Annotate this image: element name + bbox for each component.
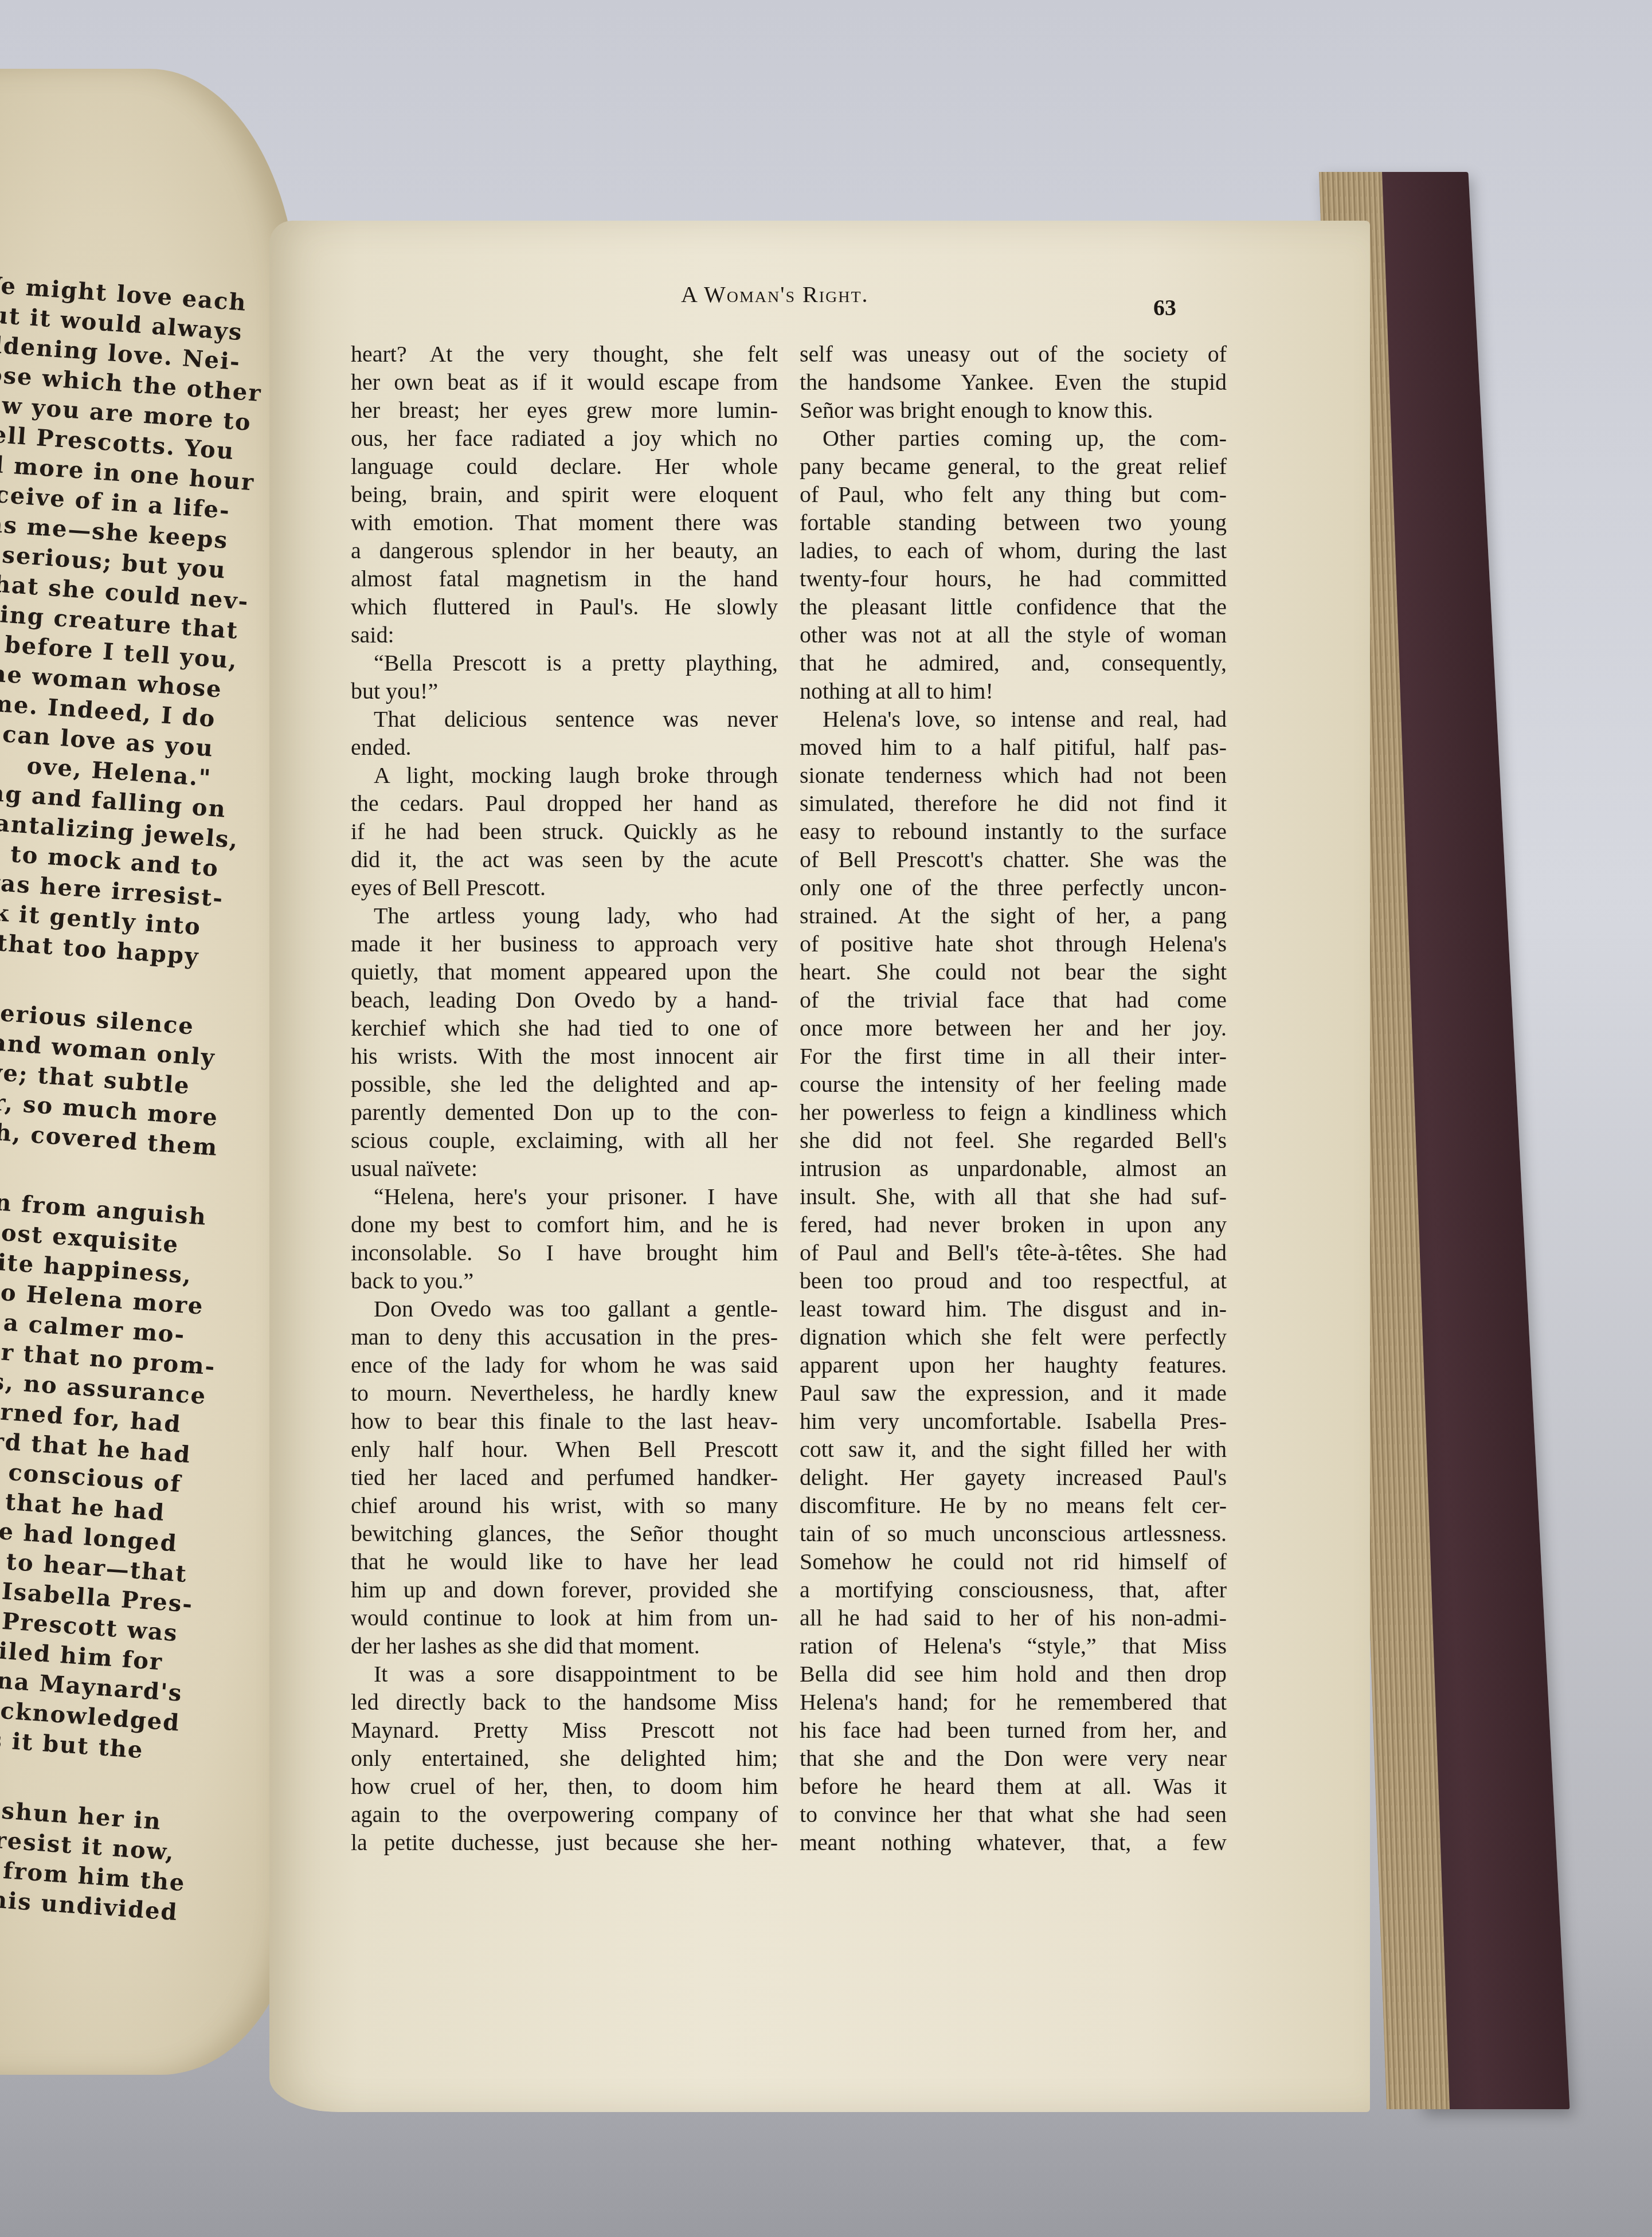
text-line: meant nothing whatever, that, a few [800, 1828, 1227, 1856]
text-line: him up and down forever, provided she [351, 1576, 778, 1604]
photo-scene: We might love eachbut it would alwaysdde… [0, 0, 1652, 2237]
text-line: “Helena, here's your prisoner. I have [351, 1182, 778, 1210]
text-line: Bella did see him hold and then drop [800, 1660, 1227, 1688]
text-line: course the intensity of her feeling made [800, 1070, 1227, 1098]
text-line: eyes of Bell Prescott. [351, 873, 778, 902]
text-line: quietly, that moment appeared upon the [351, 958, 778, 986]
text-line: that he would like to have her lead [351, 1548, 778, 1576]
text-line: before he heard them at all. Was it [800, 1772, 1227, 1800]
text-line: other was not at all the style of woman [800, 621, 1227, 649]
text-line: enly half hour. When Bell Prescott [351, 1435, 778, 1463]
text-line: the cedars. Paul dropped her hand as [351, 789, 778, 817]
text-line: language could declare. Her whole [351, 452, 778, 480]
text-line: to mourn. Nevertheless, he hardly knew [351, 1379, 778, 1407]
text-line: Don Ovedo was too gallant a gentle- [351, 1295, 778, 1323]
text-line: her powerless to feign a kindliness whic… [800, 1098, 1227, 1126]
text-line: Helena's love, so intense and real, had [800, 705, 1227, 733]
text-line: Somehow he could not rid himself of [800, 1548, 1227, 1576]
text-line: the handsome Yankee. Even the stupid [800, 368, 1227, 396]
text-line: moved him to a half pitiful, half pas- [800, 733, 1227, 761]
text-line: dignation which she felt were perfectly [800, 1323, 1227, 1351]
text-line: usual naïvete: [351, 1154, 778, 1182]
text-line: with emotion. That moment there was [351, 508, 778, 536]
text-line: strained. At the sight of her, a pang [800, 902, 1227, 930]
text-line: of positive hate shot through Helena's [800, 930, 1227, 958]
text-line: The artless young lady, who had [351, 902, 778, 930]
text-line: man to deny this accusation in the pres- [351, 1323, 778, 1351]
text-line: once more between her and her joy. [800, 1014, 1227, 1042]
text-line: been too proud and too respectful, at [800, 1267, 1227, 1295]
text-line: him very uncomfortable. Isabella Pres- [800, 1407, 1227, 1435]
text-line: ence of the lady for whom he was said [351, 1351, 778, 1379]
text-line: a dangerous splendor in her beauty, an [351, 536, 778, 565]
text-column-right: self was uneasy out of the society ofthe… [800, 340, 1227, 1856]
text-line: almost fatal magnetism in the hand [351, 565, 778, 593]
text-line: Paul saw the expression, and it made [800, 1379, 1227, 1407]
text-line: made it her business to approach very [351, 930, 778, 958]
text-line: did it, the act was seen by the acute [351, 845, 778, 873]
text-line: of Paul, who felt any thing but com- [800, 480, 1227, 508]
text-line: to convince her that what she had seen [800, 1800, 1227, 1828]
text-line: simulated, therefore he did not find it [800, 789, 1227, 817]
text-line: all he had said to her of his non-admi- [800, 1604, 1227, 1632]
text-line: ous, her face radiated a joy which no [351, 424, 778, 452]
text-line: her own beat as if it would escape from [351, 368, 778, 396]
text-line: kerchief which she had tied to one of [351, 1014, 778, 1042]
text-line: delight. Her gayety increased Paul's [800, 1463, 1227, 1491]
text-line: Other parties coming up, the com- [800, 424, 1227, 452]
text-line: a mortifying consciousness, that, after [800, 1576, 1227, 1604]
text-line: she did not feel. She regarded Bell's [800, 1126, 1227, 1154]
text-line: least toward him. The disgust and in- [800, 1295, 1227, 1323]
text-line: der her lashes as she did that moment. [351, 1632, 778, 1660]
text-line: that he admired, and, consequently, [800, 649, 1227, 677]
text-line: It was a sore disappointment to be [351, 1660, 778, 1688]
text-line: back to you.” [351, 1267, 778, 1295]
text-line: her breast; her eyes grew more lumin- [351, 396, 778, 424]
text-line: beach, leading Don Ovedo by a hand- [351, 986, 778, 1014]
text-line: bewitching glances, the Señor thought [351, 1519, 778, 1548]
text-line: For the first time in all their inter- [800, 1042, 1227, 1070]
text-line: fortable standing between two young [800, 508, 1227, 536]
text-line: if he had been struck. Quickly as he [351, 817, 778, 845]
text-line: fered, had never broken in upon any [800, 1210, 1227, 1239]
text-line: that she and the Don were very near [800, 1744, 1227, 1772]
text-line: self was uneasy out of the society of [800, 340, 1227, 368]
text-line: insult. She, with all that she had suf- [800, 1182, 1227, 1210]
text-line: but you!” [351, 677, 778, 705]
text-line: only entertained, she delighted him; [351, 1744, 778, 1772]
text-line: which fluttered in Paul's. He slowly [351, 593, 778, 621]
text-line: again to the overpowering company of [351, 1800, 778, 1828]
text-line: discomfiture. He by no means felt cer- [800, 1491, 1227, 1519]
page-number: 63 [1153, 294, 1176, 321]
text-line: That delicious sentence was never [351, 705, 778, 733]
text-line: ration of Helena's “style,” that Miss [800, 1632, 1227, 1660]
text-line: parently demented Don up to the con- [351, 1098, 778, 1126]
text-line: A light, mocking laugh broke through [351, 761, 778, 789]
text-line: done my best to comfort him, and he is [351, 1210, 778, 1239]
text-line: being, brain, and spirit were eloquent [351, 480, 778, 508]
text-line: how to bear this finale to the last heav… [351, 1407, 778, 1435]
text-line: Helena's hand; for he remembered that [800, 1688, 1227, 1716]
text-column-left: heart? At the very thought, she felther … [351, 340, 778, 1856]
text-line: heart? At the very thought, she felt [351, 340, 778, 368]
text-line: his face had been turned from her, and [800, 1716, 1227, 1744]
text-line: “Bella Prescott is a pretty plaything, [351, 649, 778, 677]
running-head: A Woman's Right. [681, 281, 869, 308]
text-line: sionate tenderness which had not been [800, 761, 1227, 789]
text-line: heart. She could not bear the sight [800, 958, 1227, 986]
text-line: the pleasant little confidence that the [800, 593, 1227, 621]
text-line: nothing at all to him! [800, 677, 1227, 705]
text-line: would continue to look at him from un- [351, 1604, 778, 1632]
text-line: tied her laced and perfumed handker- [351, 1463, 778, 1491]
text-line: said: [351, 621, 778, 649]
text-line: apparent upon her haughty features. [800, 1351, 1227, 1379]
text-line: led directly back to the handsome Miss [351, 1688, 778, 1716]
text-line: of the trivial face that had come [800, 986, 1227, 1014]
text-line: intrusion as unpardonable, almost an [800, 1154, 1227, 1182]
text-line: cott saw it, and the sight filled her wi… [800, 1435, 1227, 1463]
text-line: twenty-four hours, he had committed [800, 565, 1227, 593]
text-line: la petite duchesse, just because she her… [351, 1828, 778, 1856]
text-line: easy to rebound instantly to the surface [800, 817, 1227, 845]
text-line: inconsolable. So I have brought him [351, 1239, 778, 1267]
text-line: Señor was bright enough to know this. [800, 396, 1227, 424]
text-line: his wrists. With the most innocent air [351, 1042, 778, 1070]
text-line: pany became general, to the great relief [800, 452, 1227, 480]
text-line: how cruel of her, then, to doom him [351, 1772, 778, 1800]
left-page-text: We might love eachbut it would alwaysdde… [0, 269, 246, 1925]
text-line: ladies, to each of whom, during the last [800, 536, 1227, 565]
text-line: Maynard. Pretty Miss Prescott not [351, 1716, 778, 1744]
left-page: We might love eachbut it would alwaysdde… [0, 69, 298, 2075]
text-line: scious couple, exclaiming, with all her [351, 1126, 778, 1154]
text-line: chief around his wrist, with so many [351, 1491, 778, 1519]
text-line: of Paul and Bell's tête-à-têtes. She had [800, 1239, 1227, 1267]
text-line: of Bell Prescott's chatter. She was the [800, 845, 1227, 873]
text-line: possible, she led the delighted and ap- [351, 1070, 778, 1098]
text-line: tain of so much unconscious artlessness. [800, 1519, 1227, 1548]
text-line: only one of the three perfectly uncon- [800, 873, 1227, 902]
text-line: ended. [351, 733, 778, 761]
